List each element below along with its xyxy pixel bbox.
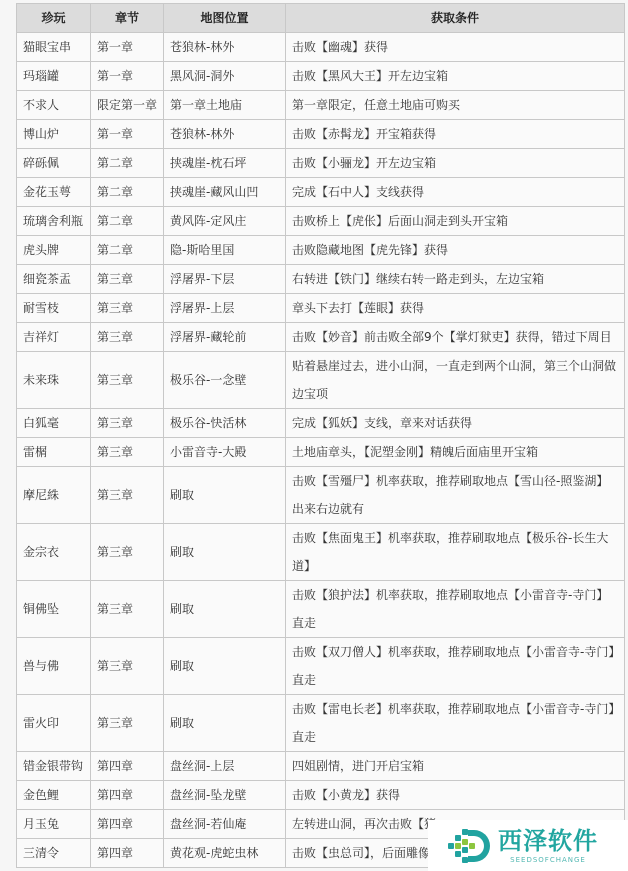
table-row: 不求人限定第一章第一章土地庙第一章限定，任意土地庙可购买 <box>17 91 625 120</box>
treasure-name-cell: 细瓷茶盂 <box>17 265 91 294</box>
treasure-name-cell: 金色鲤 <box>17 781 91 810</box>
location-cell: 极乐谷-快活林 <box>164 409 286 438</box>
treasure-name-cell: 兽与佛 <box>17 638 91 695</box>
chapter-cell: 第三章 <box>91 638 164 695</box>
chapter-cell: 第三章 <box>91 323 164 352</box>
table-row: 博山炉第一章苍狼林-林外击败【赤髯龙】开宝箱获得 <box>17 120 625 149</box>
condition-cell: 完成【石中人】支线获得 <box>286 178 625 207</box>
location-cell: 黄花观-虎蛇虫林 <box>164 839 286 868</box>
location-cell: 刷取 <box>164 695 286 752</box>
table-row: 白狐毫第三章极乐谷-快活林完成【狐妖】支线，章来对话获得 <box>17 409 625 438</box>
chapter-cell: 第三章 <box>91 438 164 467</box>
condition-cell: 击败【黑风大王】开左边宝箱 <box>286 62 625 91</box>
location-cell: 浮屠界-下层 <box>164 265 286 294</box>
location-cell: 小雷音寺-大殿 <box>164 438 286 467</box>
condition-cell: 章头下去打【莲眼】获得 <box>286 294 625 323</box>
page: 珍玩 章节 地图位置 获取条件 猫眼宝串第一章苍狼林-林外击败【幽魂】获得玛瑙罐… <box>0 0 628 871</box>
treasure-name-cell: 摩尼絑 <box>17 467 91 524</box>
table-row: 摩尼絑第三章刷取击败【雪殭尸】机率获取，推荐刷取地点【雪山径-照鉴湖】出来右边就… <box>17 467 625 524</box>
chapter-cell: 第一章 <box>91 33 164 62</box>
watermark-brand: 西泽软件 <box>498 827 598 855</box>
condition-cell: 击败【小黄龙】获得 <box>286 781 625 810</box>
condition-cell: 击败【小骊龙】开左边宝箱 <box>286 149 625 178</box>
condition-cell: 击败桥上【虎伥】后面山洞走到头开宝箱 <box>286 207 625 236</box>
condition-cell: 击败【狼护法】机率获取，推荐刷取地点【小雷音寺-寺门】直走 <box>286 581 625 638</box>
location-cell: 刷取 <box>164 467 286 524</box>
location-cell: 刷取 <box>164 581 286 638</box>
treasure-name-cell: 玛瑙罐 <box>17 62 91 91</box>
table-row: 金宗衣第三章刷取击败【焦面鬼王】机率获取，推荐刷取地点【极乐谷-长生大道】 <box>17 524 625 581</box>
treasure-name-cell: 耐雪枝 <box>17 294 91 323</box>
chapter-cell: 第四章 <box>91 781 164 810</box>
treasure-name-cell: 错金银带钩 <box>17 752 91 781</box>
treasure-name-cell: 三清令 <box>17 839 91 868</box>
chapter-cell: 第二章 <box>91 236 164 265</box>
treasure-name-cell: 碎砾佩 <box>17 149 91 178</box>
treasure-name-cell: 铜佛坠 <box>17 581 91 638</box>
treasure-name-cell: 白狐毫 <box>17 409 91 438</box>
treasure-name-cell: 未来珠 <box>17 352 91 409</box>
table-header-row: 珍玩 章节 地图位置 获取条件 <box>17 4 625 33</box>
treasure-name-cell: 博山炉 <box>17 120 91 149</box>
location-cell: 盘丝洞-若仙庵 <box>164 810 286 839</box>
chapter-cell: 第二章 <box>91 178 164 207</box>
location-cell: 极乐谷-一念壁 <box>164 352 286 409</box>
table-row: 细瓷茶盂第三章浮屠界-下层右转进【铁门】继续右转一路走到头，左边宝箱 <box>17 265 625 294</box>
watermark: 西泽软件 SEEDSOFCHANGE <box>428 820 628 871</box>
chapter-cell: 第三章 <box>91 352 164 409</box>
location-cell: 隐-斯哈里国 <box>164 236 286 265</box>
treasure-name-cell: 雷火印 <box>17 695 91 752</box>
table-row: 金色鲤第四章盘丝洞-坠龙壁击败【小黄龙】获得 <box>17 781 625 810</box>
table-row: 铜佛坠第三章刷取击败【狼护法】机率获取，推荐刷取地点【小雷音寺-寺门】直走 <box>17 581 625 638</box>
location-cell: 挟魂崖-藏风山凹 <box>164 178 286 207</box>
table-row: 耐雪枝第三章浮屠界-上层章头下去打【莲眼】获得 <box>17 294 625 323</box>
condition-cell: 击败【赤髯龙】开宝箱获得 <box>286 120 625 149</box>
header-chapter: 章节 <box>91 4 164 33</box>
table-row: 碎砾佩第二章挟魂崖-枕石坪击败【小骊龙】开左边宝箱 <box>17 149 625 178</box>
chapter-cell: 第四章 <box>91 810 164 839</box>
condition-cell: 完成【狐妖】支线，章来对话获得 <box>286 409 625 438</box>
location-cell: 刷取 <box>164 524 286 581</box>
treasure-name-cell: 不求人 <box>17 91 91 120</box>
treasure-name-cell: 猫眼宝串 <box>17 33 91 62</box>
condition-cell: 击败【双刀僧人】机率获取，推荐刷取地点【小雷音寺-寺门】直走 <box>286 638 625 695</box>
location-cell: 盘丝洞-上层 <box>164 752 286 781</box>
chapter-cell: 第二章 <box>91 207 164 236</box>
chapter-cell: 第三章 <box>91 581 164 638</box>
chapter-cell: 第三章 <box>91 467 164 524</box>
table-row: 金花玉萼第二章挟魂崖-藏风山凹完成【石中人】支线获得 <box>17 178 625 207</box>
treasure-name-cell: 虎头牌 <box>17 236 91 265</box>
condition-cell: 第一章限定，任意土地庙可购买 <box>286 91 625 120</box>
treasure-name-cell: 金花玉萼 <box>17 178 91 207</box>
chapter-cell: 第三章 <box>91 524 164 581</box>
location-cell: 浮屠界-上层 <box>164 294 286 323</box>
table-row: 错金银带钩第四章盘丝洞-上层四姐剧情，进门开启宝箱 <box>17 752 625 781</box>
chapter-cell: 第三章 <box>91 409 164 438</box>
condition-cell: 击败【雷电长老】机率获取，推荐刷取地点【小雷音寺-寺门】直走 <box>286 695 625 752</box>
condition-cell: 击败【幽魂】获得 <box>286 33 625 62</box>
table-row: 雷火印第三章刷取击败【雷电长老】机率获取，推荐刷取地点【小雷音寺-寺门】直走 <box>17 695 625 752</box>
chapter-cell: 第三章 <box>91 294 164 323</box>
table-row: 雷榍第三章小雷音寺-大殿土地庙章头，【泥塑金刚】精魄后面庙里开宝箱 <box>17 438 625 467</box>
location-cell: 苍狼林-林外 <box>164 120 286 149</box>
chapter-cell: 第三章 <box>91 695 164 752</box>
treasure-name-cell: 月玉兔 <box>17 810 91 839</box>
location-cell: 挟魂崖-枕石坪 <box>164 149 286 178</box>
treasure-name-cell: 吉祥灯 <box>17 323 91 352</box>
location-cell: 盘丝洞-坠龙壁 <box>164 781 286 810</box>
brand-logo-icon <box>446 826 494 866</box>
condition-cell: 击败【焦面鬼王】机率获取，推荐刷取地点【极乐谷-长生大道】 <box>286 524 625 581</box>
watermark-tagline: SEEDSOFCHANGE <box>510 855 586 865</box>
treasure-name-cell: 雷榍 <box>17 438 91 467</box>
chapter-cell: 第二章 <box>91 149 164 178</box>
location-cell: 黄风阵-定风庄 <box>164 207 286 236</box>
table-row: 兽与佛第三章刷取击败【双刀僧人】机率获取，推荐刷取地点【小雷音寺-寺门】直走 <box>17 638 625 695</box>
chapter-cell: 第四章 <box>91 839 164 868</box>
treasure-table: 珍玩 章节 地图位置 获取条件 猫眼宝串第一章苍狼林-林外击败【幽魂】获得玛瑙罐… <box>16 3 625 868</box>
condition-cell: 土地庙章头，【泥塑金刚】精魄后面庙里开宝箱 <box>286 438 625 467</box>
treasure-name-cell: 金宗衣 <box>17 524 91 581</box>
condition-cell: 击败【妙音】前击败全部9个【掌灯狱吏】获得，错过下周目 <box>286 323 625 352</box>
chapter-cell: 第三章 <box>91 265 164 294</box>
condition-cell: 击败【雪殭尸】机率获取，推荐刷取地点【雪山径-照鉴湖】出来右边就有 <box>286 467 625 524</box>
table-row: 玛瑙罐第一章黑风洞-洞外击败【黑风大王】开左边宝箱 <box>17 62 625 91</box>
header-location: 地图位置 <box>164 4 286 33</box>
location-cell: 黑风洞-洞外 <box>164 62 286 91</box>
condition-cell: 四姐剧情，进门开启宝箱 <box>286 752 625 781</box>
table-row: 琉璃舍利瓶第二章黄风阵-定风庄击败桥上【虎伥】后面山洞走到头开宝箱 <box>17 207 625 236</box>
chapter-cell: 第一章 <box>91 120 164 149</box>
article-content: 珍玩 章节 地图位置 获取条件 猫眼宝串第一章苍狼林-林外击败【幽魂】获得玛瑙罐… <box>16 3 624 868</box>
location-cell: 第一章土地庙 <box>164 91 286 120</box>
header-name: 珍玩 <box>17 4 91 33</box>
condition-cell: 击败隐藏地图【虎先锋】获得 <box>286 236 625 265</box>
location-cell: 浮屠界-藏轮前 <box>164 323 286 352</box>
table-row: 猫眼宝串第一章苍狼林-林外击败【幽魂】获得 <box>17 33 625 62</box>
table-row: 虎头牌第二章隐-斯哈里国击败隐藏地图【虎先锋】获得 <box>17 236 625 265</box>
condition-cell: 贴着悬崖过去，进小山洞，一直走到两个山洞，第三个山洞做边宝项 <box>286 352 625 409</box>
chapter-cell: 第一章 <box>91 62 164 91</box>
table-row: 未来珠第三章极乐谷-一念壁贴着悬崖过去，进小山洞，一直走到两个山洞，第三个山洞做… <box>17 352 625 409</box>
table-body: 猫眼宝串第一章苍狼林-林外击败【幽魂】获得玛瑙罐第一章黑风洞-洞外击败【黑风大王… <box>17 33 625 868</box>
header-condition: 获取条件 <box>286 4 625 33</box>
treasure-name-cell: 琉璃舍利瓶 <box>17 207 91 236</box>
location-cell: 苍狼林-林外 <box>164 33 286 62</box>
chapter-cell: 第四章 <box>91 752 164 781</box>
chapter-cell: 限定第一章 <box>91 91 164 120</box>
table-row: 吉祥灯第三章浮屠界-藏轮前击败【妙音】前击败全部9个【掌灯狱吏】获得，错过下周目 <box>17 323 625 352</box>
location-cell: 刷取 <box>164 638 286 695</box>
condition-cell: 右转进【铁门】继续右转一路走到头，左边宝箱 <box>286 265 625 294</box>
